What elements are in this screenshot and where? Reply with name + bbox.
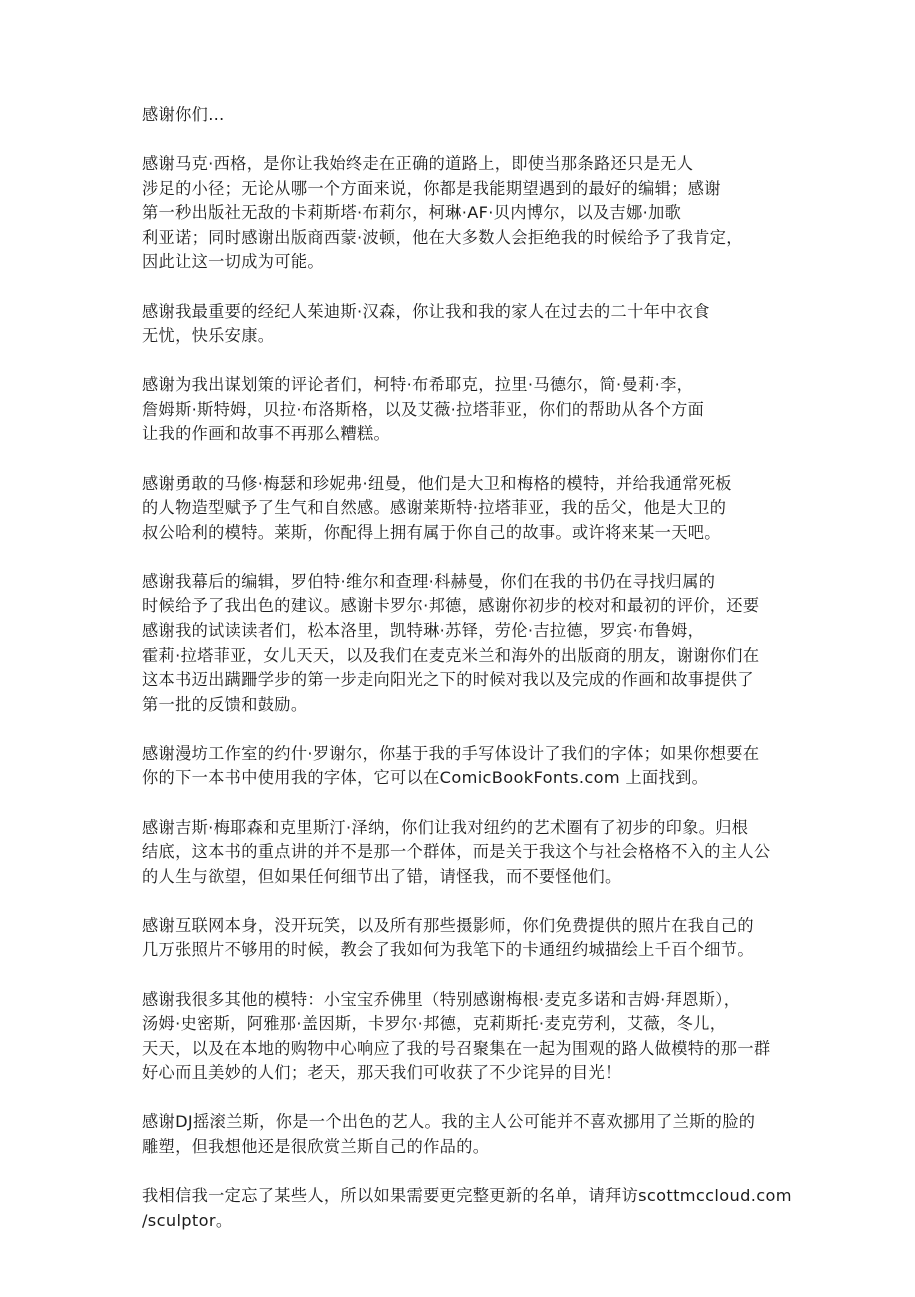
text-line: 无忧，快乐安康。 [142,324,842,349]
text-line: 感谢互联网本身，没开玩笑，以及所有那些摄影师，你们免费提供的照片在我自己的 [142,914,842,939]
acknowledgement-paragraph: 感谢我很多其他的模特：小宝宝乔佛里（特别感谢梅根·麦克多诺和吉姆·拜恩斯），汤姆… [142,988,842,1086]
text-line: 感谢马克·西格，是你让我始终走在正确的道路上，即使当那条路还只是无人 [142,152,842,177]
text-line: 感谢为我出谋划策的评论者们，柯特·布希耶克，拉里·马德尔，简·曼莉·李， [142,373,842,398]
text-line: 我相信我一定忘了某些人，所以如果需要更完整更新的名单，请拜访scottmcclo… [142,1184,842,1209]
text-line: 感谢DJ摇滚兰斯，你是一个出色的艺人。我的主人公可能并不喜欢挪用了兰斯的脸的 [142,1110,842,1135]
text-line: 詹姆斯·斯特姆，贝拉·布洛斯格，以及艾薇·拉塔菲亚，你们的帮助从各个方面 [142,398,842,423]
acknowledgement-paragraph: 感谢互联网本身，没开玩笑，以及所有那些摄影师，你们免费提供的照片在我自己的几万张… [142,914,842,963]
acknowledgement-paragraph: 感谢为我出谋划策的评论者们，柯特·布希耶克，拉里·马德尔，简·曼莉·李，詹姆斯·… [142,373,842,447]
text-line: 涉足的小径；无论从哪一个方面来说，你都是我能期望遇到的最好的编辑；感谢 [142,177,842,202]
text-line: 感谢勇敢的马修·梅瑟和珍妮弗·纽曼，他们是大卫和梅格的模特，并给我通常死板 [142,472,842,497]
acknowledgement-paragraph: 感谢勇敢的马修·梅瑟和珍妮弗·纽曼，他们是大卫和梅格的模特，并给我通常死板的人物… [142,472,842,546]
text-line: 几万张照片不够用的时候，教会了我如何为我笔下的卡通纽约城描绘上千百个细节。 [142,938,842,963]
text-line: 让我的作画和故事不再那么糟糕。 [142,422,842,447]
text-line: 感谢我很多其他的模特：小宝宝乔佛里（特别感谢梅根·麦克多诺和吉姆·拜恩斯）， [142,988,842,1013]
text-line: 叔公哈利的模特。莱斯，你配得上拥有属于你自己的故事。或许将来某一天吧。 [142,521,842,546]
acknowledgement-paragraph: 感谢吉斯·梅耶森和克里斯汀·泽纳，你们让我对纽约的艺术圈有了初步的印象。归根结底… [142,816,842,890]
text-line: 好心而且美妙的人们；老天，那天我们可收获了不少诧异的目光！ [142,1061,842,1086]
text-line: 你的下一本书中使用我的字体，它可以在ComicBookFonts.com 上面找… [142,766,842,791]
text-line: 汤姆·史密斯，阿雅那·盖因斯，卡罗尔·邦德，克莉斯托·麦克劳利，艾薇，冬儿， [142,1012,842,1037]
acknowledgement-paragraph: 感谢漫坊工作室的约什·罗谢尔，你基于我的手写体设计了我们的字体；如果你想要在你的… [142,742,842,791]
heading-line: 感谢你们… [142,103,842,128]
text-line: 感谢漫坊工作室的约什·罗谢尔，你基于我的手写体设计了我们的字体；如果你想要在 [142,742,842,767]
text-line: 天天，以及在本地的购物中心响应了我的号召聚集在一起为围观的路人做模特的那一群 [142,1037,842,1062]
text-line: 感谢我的试读读者们，松本洛里，凯特琳·苏铎，劳伦·吉拉德，罗宾·布鲁姆， [142,619,842,644]
text-line: 的人生与欲望，但如果任何细节出了错，请怪我，而不要怪他们。 [142,865,842,890]
paragraph-list: 感谢马克·西格，是你让我始终走在正确的道路上，即使当那条路还只是无人涉足的小径；… [142,152,842,1233]
text-line: /sculptor。 [142,1209,842,1234]
text-line: 霍莉·拉塔菲亚，女儿天天，以及我们在麦克米兰和海外的出版商的朋友，谢谢你们在 [142,644,842,669]
text-line: 时候给予了我出色的建议。感谢卡罗尔·邦德，感谢你初步的校对和最初的评价，还要 [142,594,842,619]
text-line: 第一批的反馈和鼓励。 [142,693,842,718]
text-line: 结底，这本书的重点讲的并不是那一个群体，而是关于我这个与社会格格不入的主人公 [142,840,842,865]
acknowledgement-paragraph: 感谢我最重要的经纪人茱迪斯·汉森，你让我和我的家人在过去的二十年中衣食无忧，快乐… [142,300,842,349]
acknowledgements-heading: 感谢你们… [142,103,842,128]
text-line: 因此让这一切成为可能。 [142,250,842,275]
text-line: 利亚诺；同时感谢出版商西蒙·波顿，他在大多数人会拒绝我的时候给予了我肯定， [142,226,842,251]
text-line: 的人物造型赋予了生气和自然感。感谢莱斯特·拉塔菲亚，我的岳父，他是大卫的 [142,496,842,521]
acknowledgement-paragraph: 感谢我幕后的编辑，罗伯特·维尔和查理·科赫曼，你们在我的书仍在寻找归属的时候给予… [142,570,842,718]
text-line: 感谢我幕后的编辑，罗伯特·维尔和查理·科赫曼，你们在我的书仍在寻找归属的 [142,570,842,595]
text-line: 第一秒出版社无敌的卡莉斯塔·布莉尔，柯琳·AF·贝内博尔，以及吉娜·加歌 [142,201,842,226]
acknowledgement-paragraph: 感谢DJ摇滚兰斯，你是一个出色的艺人。我的主人公可能并不喜欢挪用了兰斯的脸的雕塑… [142,1110,842,1159]
acknowledgements-page: 感谢你们… 感谢马克·西格，是你让我始终走在正确的道路上，即使当那条路还只是无人… [142,103,842,1258]
acknowledgement-paragraph: 我相信我一定忘了某些人，所以如果需要更完整更新的名单，请拜访scottmcclo… [142,1184,842,1233]
text-line: 感谢我最重要的经纪人茱迪斯·汉森，你让我和我的家人在过去的二十年中衣食 [142,300,842,325]
acknowledgement-paragraph: 感谢马克·西格，是你让我始终走在正确的道路上，即使当那条路还只是无人涉足的小径；… [142,152,842,275]
text-line: 雕塑，但我想他还是很欣赏兰斯自己的作品的。 [142,1135,842,1160]
text-line: 感谢吉斯·梅耶森和克里斯汀·泽纳，你们让我对纽约的艺术圈有了初步的印象。归根 [142,816,842,841]
text-line: 这本书迈出蹒跚学步的第一步走向阳光之下的时候对我以及完成的作画和故事提供了 [142,668,842,693]
